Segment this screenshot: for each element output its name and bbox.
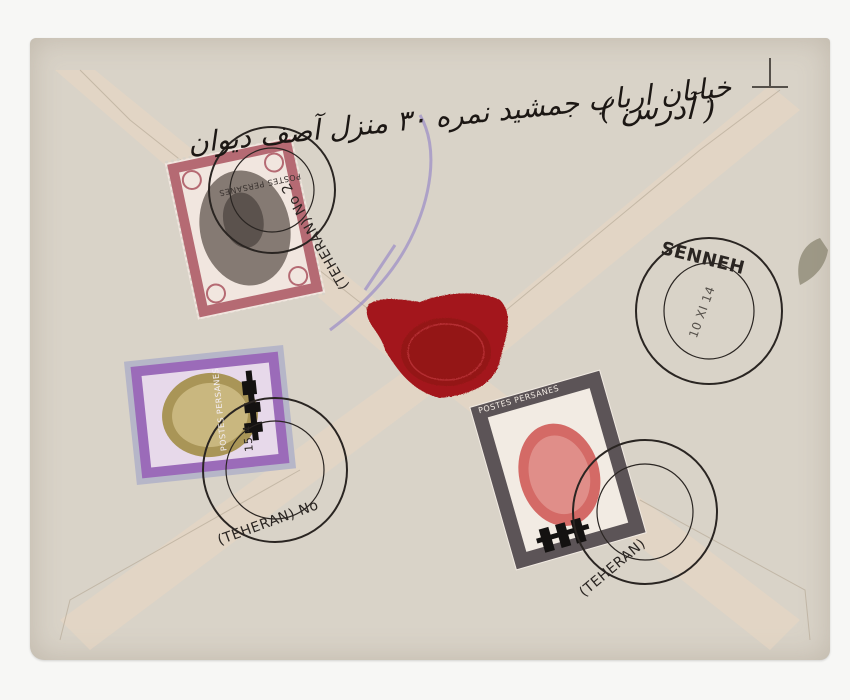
handwritten-address-label: ( آدرس )	[600, 92, 715, 127]
corner-mark	[752, 58, 788, 92]
teheran-postmark-left-date: 15 4	[241, 425, 256, 453]
envelope-photo: SENNEH 10 XI 14 (TEHERAN) No 15 4 (TEHER…	[0, 0, 850, 700]
